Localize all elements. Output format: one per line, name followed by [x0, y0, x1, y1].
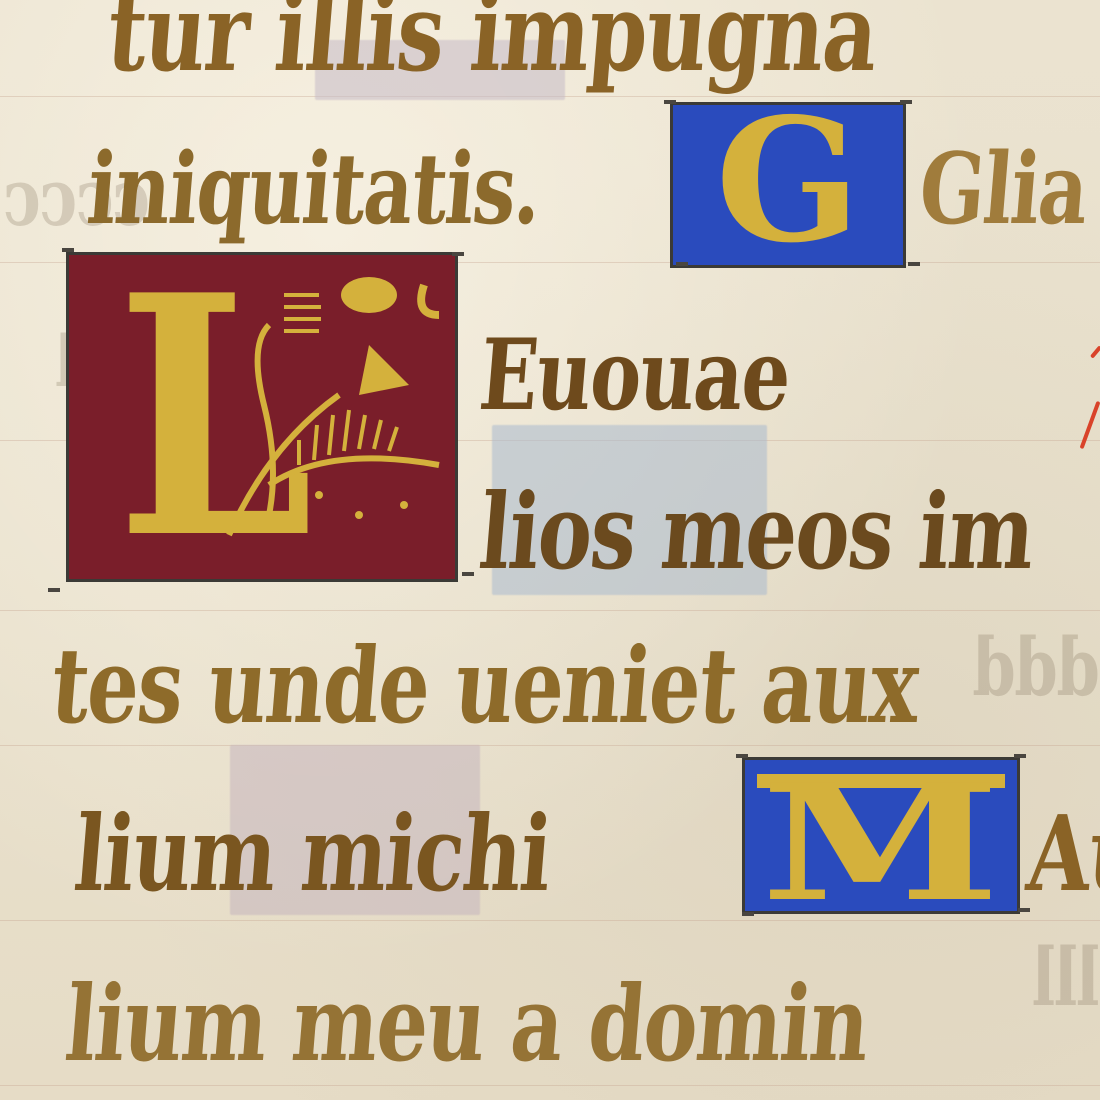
- line-text: Euouae: [475, 318, 794, 433]
- line-text: Au: [1023, 792, 1100, 915]
- script-line-5: tes unde ueniet aux: [47, 624, 875, 747]
- line-text: lios meos im: [475, 470, 1038, 593]
- frame-corner: [908, 262, 920, 266]
- script-line-4: lios meos im: [475, 470, 969, 593]
- script-line-1: tur illis impugna: [103, 0, 887, 96]
- show-through-text: ddd: [974, 620, 1100, 714]
- script-line-6-continuation: Au: [1023, 792, 1089, 915]
- ruling-line: [0, 610, 1100, 611]
- ruling-line: [0, 920, 1100, 921]
- ruling-line: [0, 1085, 1100, 1086]
- foliage-ornament-icon: [209, 265, 449, 565]
- frame-corner: [664, 100, 676, 104]
- script-line-7: lium meu a domin: [61, 962, 878, 1085]
- frame-corner: [48, 588, 60, 592]
- line-text: tur illis impugna: [103, 0, 881, 96]
- script-line-2-continuation: Glia: [915, 132, 1065, 247]
- frame-corner: [900, 100, 912, 104]
- frame-corner: [742, 912, 754, 916]
- initial-letter: M: [761, 763, 1000, 915]
- illuminated-initial-l: L: [66, 252, 458, 582]
- script-line-3: Euouae: [475, 318, 968, 433]
- illuminated-initial-m: M: [742, 757, 1020, 914]
- frame-corner: [62, 248, 74, 252]
- frame-corner: [1014, 754, 1026, 758]
- frame-corner: [736, 754, 748, 758]
- frame-corner: [462, 572, 474, 576]
- line-text: lium michi: [70, 792, 555, 915]
- initial-letter: G: [715, 102, 860, 266]
- line-text: tes unde ueniet aux: [47, 624, 923, 747]
- line-text: iniquitatis.: [83, 132, 544, 247]
- line-text: Glia: [915, 132, 1091, 247]
- show-through-text: lll: [1034, 930, 1100, 1024]
- line-text: lium meu a domin: [61, 962, 873, 1085]
- frame-corner: [452, 252, 464, 256]
- frame-corner: [1018, 908, 1030, 912]
- frame-corner: [676, 262, 688, 266]
- illuminated-initial-g: G: [670, 102, 906, 268]
